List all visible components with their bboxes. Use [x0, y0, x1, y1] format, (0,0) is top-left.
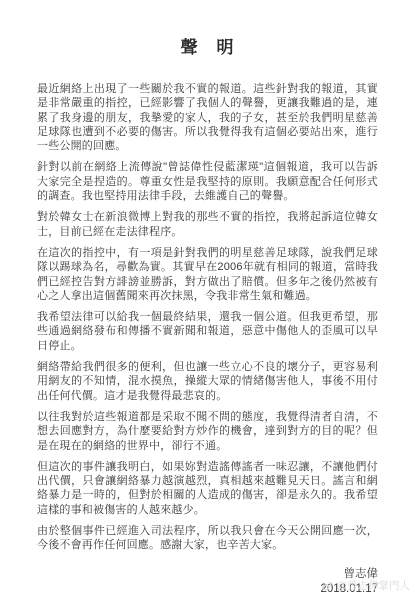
- statement-paragraph: 在這次的指控中，有一項是針對我們的明星慈善足球隊，說我們足球隊以踢球為名，尋歡為…: [37, 246, 378, 303]
- watermark-text: @曾志偉掌門人: [336, 580, 410, 592]
- statement-paragraph: 由於整個事件已經進入司法程序，所以我只會在今天公開回應一次，今後不會再作任何回應…: [37, 524, 378, 553]
- statement-paragraph: 針對以前在網絡上流傳說"曾誌偉性侵藍潔瑛"這個報道，我可以告訴大家完全是捏造的。…: [37, 160, 378, 203]
- statement-paragraph: 以往我對於這些報道都是采取不聞不問的態度，我覺得清者自清，不想去回應對方，為什麼…: [37, 410, 378, 453]
- statement-body: 最近網絡上出現了一些關於我不實的報道。這些針對我的報道，其實是非常嚴重的指控，已…: [37, 82, 378, 553]
- weibo-watermark: @曾志偉掌門人: [321, 580, 410, 592]
- statement-paragraph: 我希望法律可以給我一個最終結果，還我一個公道。但我更希望，那些通過網絡發布和傳播…: [37, 310, 378, 353]
- statement-paragraph: 對於韓女士在新浪微博上對我的那些不實的指控，我將起訴這位韓女士，目前已經在走法律…: [37, 210, 378, 239]
- weibo-icon: [321, 580, 333, 592]
- page-title: 聲 明: [37, 33, 378, 58]
- statement-paragraph: 但這次的事件讓我明白，如果妳對造謠傳謠者一味忍讓，不讓他們付出代價，只會讓網絡暴…: [37, 460, 378, 517]
- statement-paragraph: 最近網絡上出現了一些關於我不實的報道。這些針對我的報道，其實是非常嚴重的指控，已…: [37, 82, 378, 153]
- statement-paragraph: 網絡帶給我們很多的便利，但也讓一些立心不良的壞分子，更容易利用網友的不知情，混水…: [37, 360, 378, 403]
- signature-name: 曾志偉: [37, 567, 378, 581]
- statement-document: 聲 明 最近網絡上出現了一些關於我不實的報道。這些針對我的報道，其實是非常嚴重的…: [0, 0, 415, 596]
